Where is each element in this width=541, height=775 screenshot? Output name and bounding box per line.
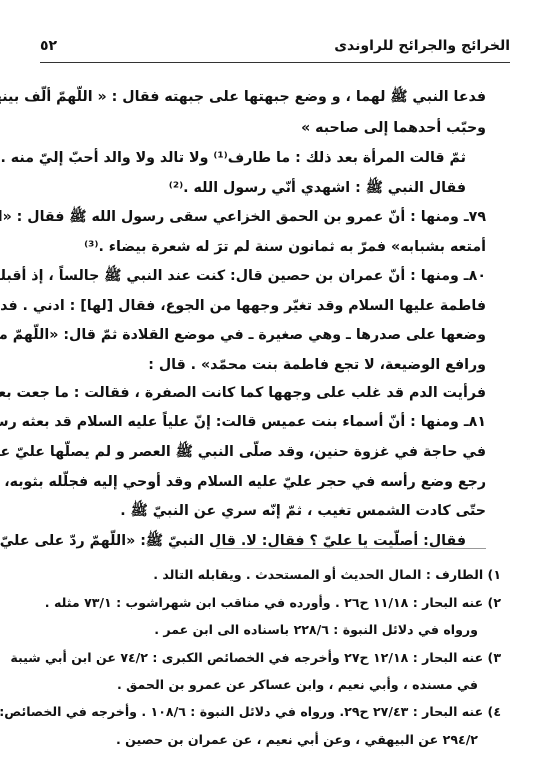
text-line: حتّى كادت الشمس تغيب ، ثمّ إنّه سري عن ا… [120, 501, 486, 521]
text-line: وحبّب أحدهما إلى صاحبه » [301, 118, 486, 138]
text-line: ورافع الوضيعة، لا تجع فاطمة بنت محمّد» .… [148, 355, 486, 375]
text-line: ٨٠ـ ومنها : أنّ عمران بن حصين قال: كنت ع… [57, 266, 486, 286]
footnote-divider [216, 548, 486, 549]
footnote-line: ٣) عنه البحار : ١٢/١٨ ح٢٧ وأخرجه في الخص… [10, 649, 501, 667]
book-page: الخرائج والجرائح للراوندى ٥٢ فدعا النبي … [0, 0, 541, 775]
text-line: ثمّ قالت المرأة بعد ذلك : ما طارف⁽¹⁾ ولا… [0, 148, 466, 168]
text-line: فرأيت الدم قد غلب على وجهها كما كانت الص… [57, 383, 486, 403]
text-line: أمتعه بشبابه» فمرّ به ثمانون سنة لم ترَ … [84, 237, 486, 257]
text-line: فاطمة عليها السلام وقد تغيّر وجهها من ال… [57, 296, 486, 316]
header-divider [40, 62, 510, 63]
text-line: فقال النبي ﷺ : اشهدي أنّي رسول الله .⁽²⁾ [169, 178, 466, 198]
text-line: رجع وضع رأسه في حجر عليّ عليه السلام وقد… [57, 472, 486, 492]
footnote-line: ٤) عنه البحار : ٢٧/٤٣ ح٢٩. ورواه في دلائ… [0, 703, 501, 721]
footnote-line: ٢) عنه البحار : ١١/١٨ ح٢٦ . وأورده في من… [45, 594, 501, 612]
footnote-line: ٢٩٤/٢ عن البيهقي ، وعن أبي نعيم ، عن عمر… [116, 731, 478, 749]
text-line: في حاجة في غزوة حنين، وقد صلّى النبي ﷺ ا… [57, 442, 486, 462]
running-title: الخرائج والجرائح للراوندى [334, 38, 510, 54]
text-line: فدعا النبي ﷺ لهما ، و وضع جبهتها على جبه… [57, 87, 486, 107]
footnote-line: ١) الطارف : المال الحديث أو المستحدث . و… [153, 566, 501, 584]
text-line: وضعها على صدرها ـ وهي صغيرة ـ في موضع ال… [57, 325, 486, 345]
text-line: ٨١ـ ومنها : أنّ أسماء بنت عميس قالت: إنّ… [57, 412, 486, 432]
page-header: الخرائج والجرائح للراوندى ٥٢ [40, 38, 510, 56]
footnote-line: في مسنده ، وأبي نعيم ، وابن عساكر عن عمر… [117, 676, 478, 694]
page-number: ٥٢ [40, 38, 57, 54]
footnote-line: ورواه في دلائل النبوة : ٢٢٨/٦ باسناده ال… [154, 621, 478, 639]
text-line: ٧٩ـ ومنها : أنّ عمرو بن الحمق الخزاعي سق… [57, 207, 486, 227]
